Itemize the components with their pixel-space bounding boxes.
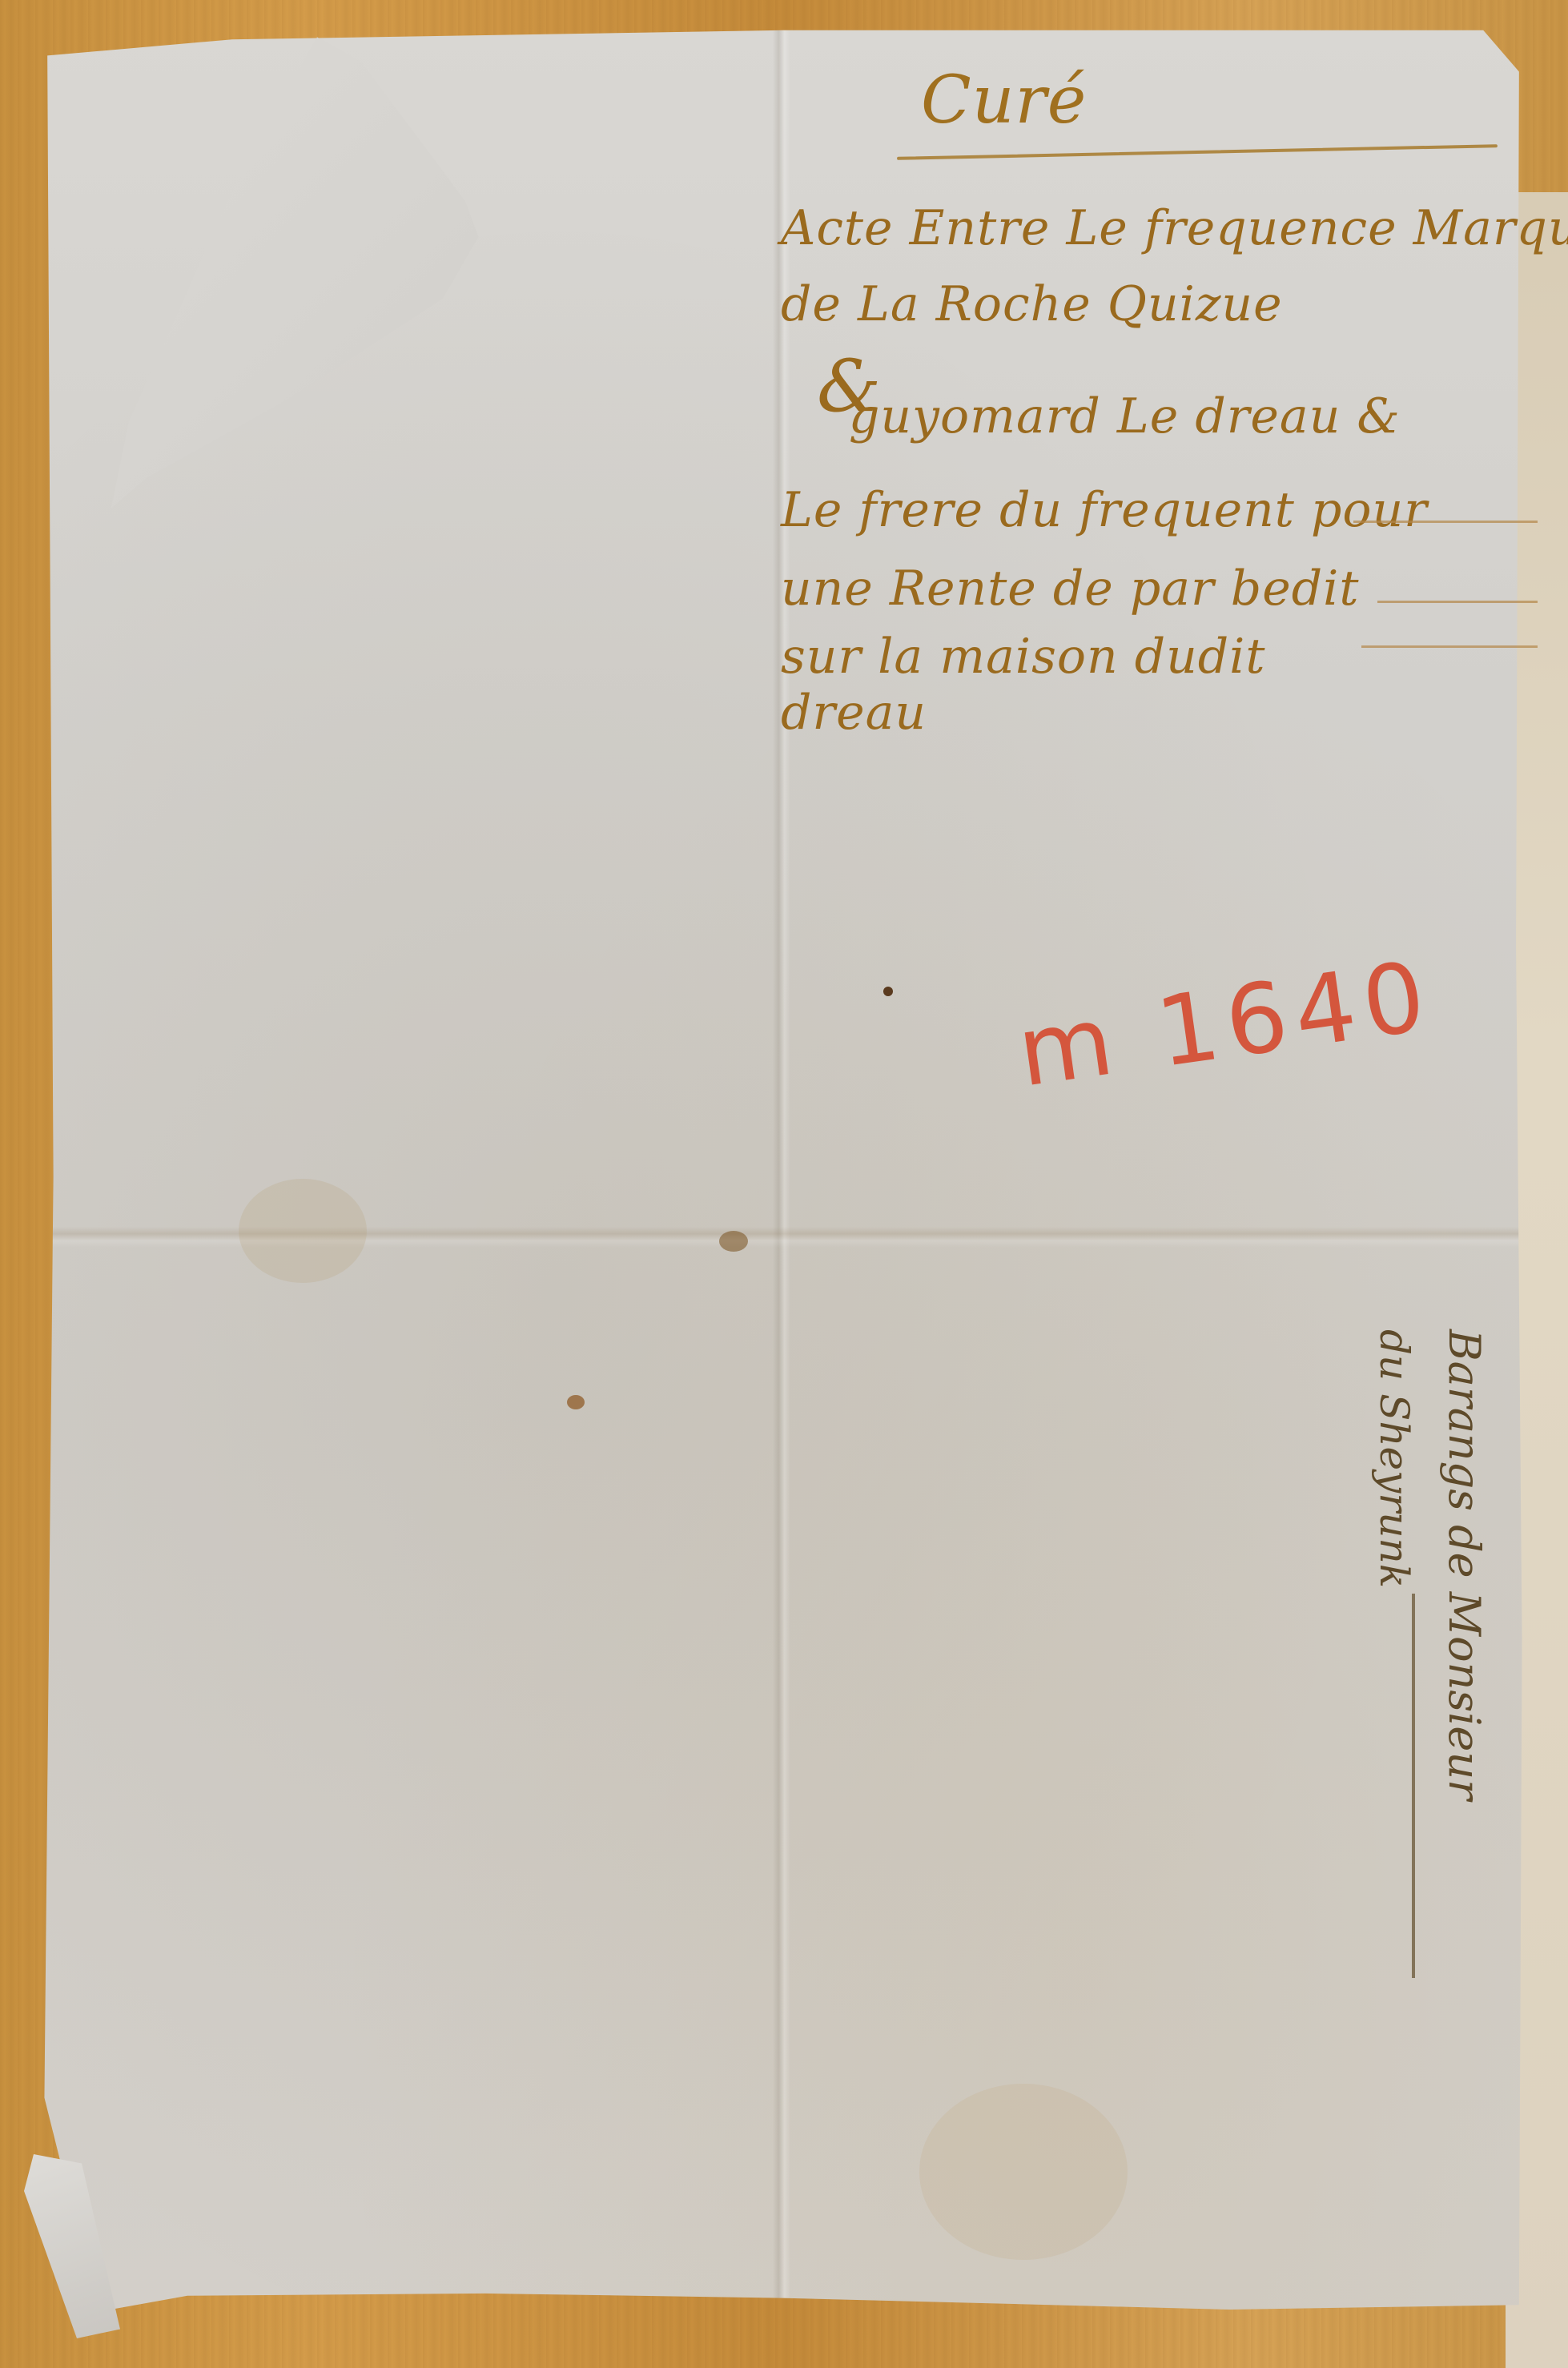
marginal-note-flourish [1412,1594,1415,1978]
text-line-1: Acte Entre Le frequence Marquis [781,200,1568,256]
line-filler-stroke [1361,645,1538,648]
water-stain [239,1179,367,1283]
document-heading: Curé [921,62,1087,139]
line-filler-stroke [1353,521,1538,523]
vertical-fold-crease [773,26,790,2328]
line-filler-stroke [1377,601,1538,603]
stain [567,1395,585,1409]
text-line-4: guyomard Le dreau & [849,388,1401,444]
marginal-note-line-1: Barangs de Monsieur [1439,1329,1490,1800]
text-line-5: Le frere du frequent pour [781,482,1428,538]
text-line-7: sur la maison dudit [781,629,1265,685]
ink-spot [883,987,893,996]
marginal-note: Barangs de Monsieur du Sheyrunk [1345,1329,1506,1906]
stain [719,1231,748,1252]
text-line-6: une Rente de par bedit [781,561,1359,617]
marginal-note-line-2: du Sheyrunk [1371,1329,1417,1588]
text-line-2: de La Roche Quizue [781,276,1283,332]
text-line-8: dreau [781,685,927,741]
water-stain [919,2084,1128,2260]
